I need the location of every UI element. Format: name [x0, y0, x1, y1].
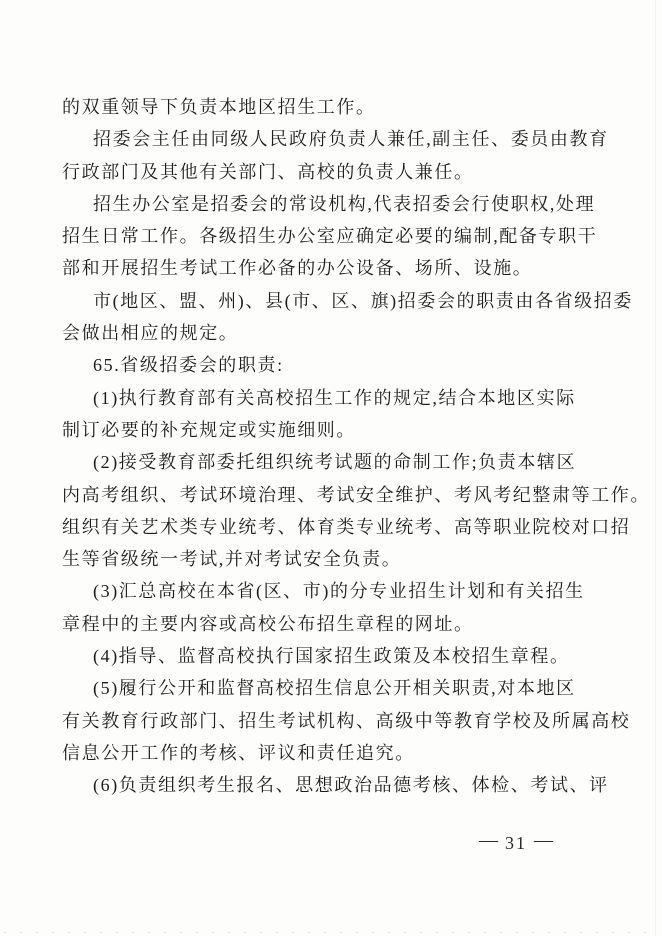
text-line: 章程中的主要内容或高校公布招生章程的网址。: [62, 608, 606, 640]
document-body-text: 的双重领导下负责本地区招生工作。 招委会主任由同级人民政府负责人兼任,副主任、委…: [62, 91, 606, 802]
text-line: 信息公开工作的考核、评议和责任追究。: [62, 737, 606, 769]
scan-artifact-right-edge: [655, 0, 656, 936]
text-line: 市(地区、盟、州)、县(市、区、旗)招委会的职责由各省级招委: [62, 285, 606, 317]
text-line: (3)汇总高校在本省(区、市)的分专业招生计划和有关招生: [62, 575, 606, 607]
text-line: (4)指导、监督高校执行国家招生政策及本校招生章程。: [62, 640, 606, 672]
text-line: (6)负责组织考生报名、思想政治品德考核、体检、考试、评: [62, 769, 606, 801]
scan-artifact-bottom-edge: [4, 932, 658, 933]
text-line: 生等省级统一考试,并对考试安全负责。: [62, 543, 606, 575]
document-page: 的双重领导下负责本地区招生工作。 招委会主任由同级人民政府负责人兼任,副主任、委…: [0, 0, 662, 936]
text-line: 部和开展招生考试工作必备的办公设备、场所、设施。: [62, 252, 606, 284]
page-number: 31: [505, 833, 527, 854]
text-line: 招委会主任由同级人民政府负责人兼任,副主任、委员由教育: [62, 123, 606, 155]
text-line: 招生办公室是招委会的常设机构,代表招委会行使职权,处理: [62, 188, 606, 220]
text-line: (2)接受教育部委托组织统考试题的命制工作;负责本辖区: [62, 446, 606, 478]
text-line: 65.省级招委会的职责:: [62, 349, 606, 381]
text-line: 招生日常工作。各级招生办公室应确定必要的编制,配备专职干: [62, 220, 606, 252]
text-line: 行政部门及其他有关部门、高校的负责人兼任。: [62, 156, 606, 188]
text-line: 的双重领导下负责本地区招生工作。: [62, 91, 606, 123]
text-line: 内高考组织、考试环境治理、考试安全维护、考风考纪整肃等工作。: [62, 479, 606, 511]
text-line: 会做出相应的规定。: [62, 317, 606, 349]
text-line: (1)执行教育部有关高校招生工作的规定,结合本地区实际: [62, 382, 606, 414]
text-line: 组织有关艺术类专业统考、体育类专业统考、高等职业院校对口招: [62, 511, 606, 543]
text-line: (5)履行公开和监督高校招生信息公开相关职责,对本地区: [62, 672, 606, 704]
text-line: 有关教育行政部门、招生考试机构、高级中等教育学校及所属高校: [62, 705, 606, 737]
footer-dash-left: —: [479, 830, 498, 852]
footer-dash-right: —: [534, 830, 553, 852]
page-footer: —31—: [472, 833, 560, 855]
text-line: 制订必要的补充规定或实施细则。: [62, 414, 606, 446]
